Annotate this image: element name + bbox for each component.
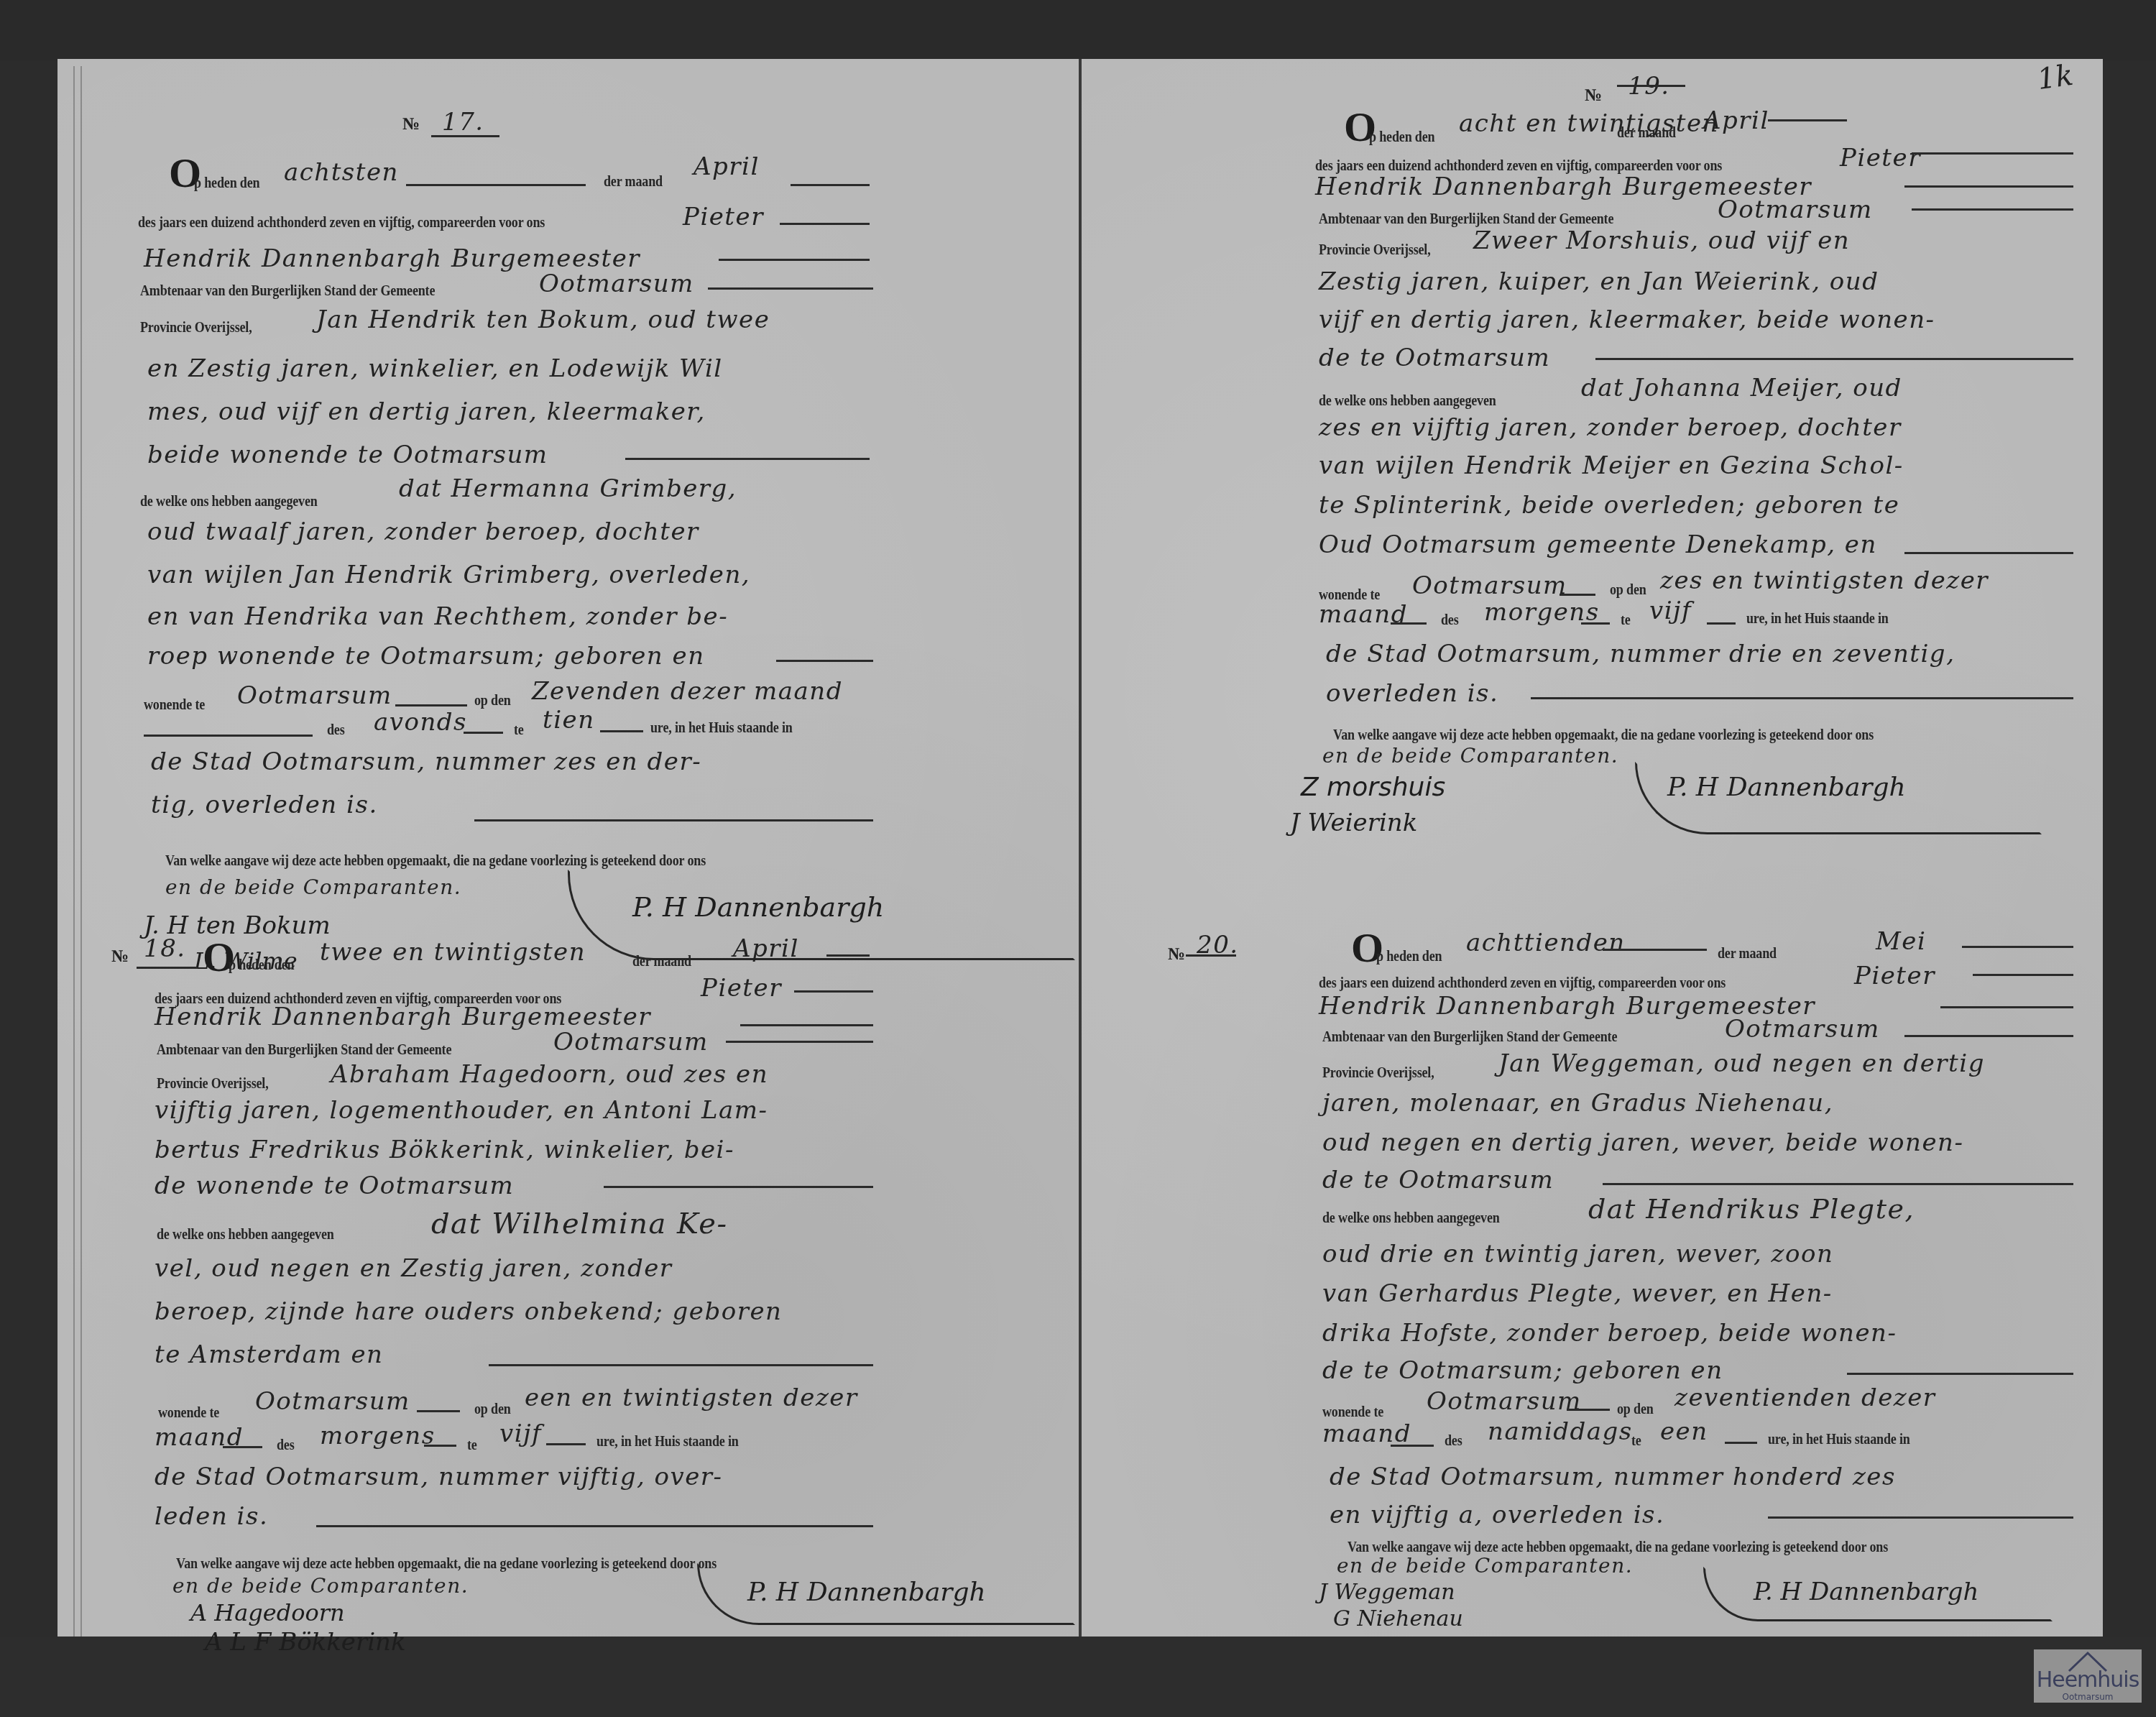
field-line — [625, 458, 870, 460]
field-line — [1581, 622, 1610, 625]
declaration-line: dat Hendrikus Plegte, — [1588, 1193, 1915, 1225]
declaration-line: dat Johanna Meijer, oud — [1581, 374, 1902, 402]
field-op-den: zeventienden dezer — [1674, 1384, 1936, 1412]
field-line — [1768, 1516, 2073, 1519]
comparant-line: vijf en dertig jaren, kleermaker, beide … — [1319, 305, 1935, 334]
signature-comparant: A Hagedoorn — [190, 1599, 345, 1626]
field-line — [1595, 358, 2073, 360]
field-maand: maand — [1319, 600, 1408, 629]
label-wonende-te: wonende te — [144, 696, 205, 714]
field-wonende: Ootmarsum — [255, 1387, 410, 1416]
field-gemeente: Ootmarsum — [1725, 1015, 1880, 1044]
field-dagdeel: namiddags — [1488, 1417, 1633, 1446]
field-line — [1912, 208, 2073, 211]
declaration-line: van wijlen Jan Hendrik Grimberg, overled… — [147, 561, 750, 589]
underline — [1617, 85, 1685, 87]
scanner-background-top — [0, 0, 2156, 60]
signature-flourish — [697, 1563, 1075, 1625]
field-month: April — [733, 934, 799, 963]
label-op-den: op den — [1617, 1400, 1654, 1418]
field-line — [776, 660, 873, 662]
field-maand: maand — [1322, 1419, 1411, 1448]
label-te: te — [467, 1436, 477, 1454]
place-line: de Stad Ootmarsum, nummer honderd zes — [1330, 1463, 1896, 1491]
act-number-label: № — [1585, 86, 1602, 106]
label-des-jaars: des jaars een duizend achthonderd zeven … — [1319, 974, 1726, 992]
label-ambtenaar: Ambtenaar van den Burgerlijken Stand der… — [1322, 1028, 1617, 1046]
signature-flourish — [568, 870, 1075, 960]
field-line — [826, 954, 870, 957]
place-line: de Stad Ootmarsum, nummer zes en der- — [151, 747, 701, 776]
field-line — [1603, 1183, 2073, 1185]
underline — [1186, 954, 1236, 957]
field-line — [1962, 946, 2073, 948]
field-line — [1391, 622, 1427, 625]
declaration-line: vel, oud negen en Zestig jaren, zonder — [155, 1254, 673, 1283]
field-wonende: Ootmarsum — [1412, 571, 1567, 600]
heemhuis-watermark: Heemhuis Ootmarsum — [2034, 1649, 2142, 1703]
field-op-den: zes en twintigsten dezer — [1660, 566, 1989, 595]
closing-text: en de beide Comparanten. — [1322, 744, 1618, 768]
field-line — [406, 184, 586, 186]
field-wonende: Ootmarsum — [1427, 1387, 1582, 1416]
book-spine — [1079, 59, 1082, 1637]
label-van-welke: Van welke aangave wij deze acte hebben o… — [1333, 726, 1874, 744]
field-op-den: Zevenden dezer maand — [532, 677, 843, 706]
field-line — [1904, 552, 2073, 554]
field-line — [144, 735, 313, 737]
field-line — [474, 819, 873, 821]
field-line — [1603, 949, 1707, 951]
field-month: Mei — [1876, 927, 1926, 956]
declaration-line: dat Wilhelmina Ke- — [431, 1207, 728, 1240]
signature-comparant: Z morshuis — [1301, 773, 1445, 802]
declaration-line: roep wonende te Ootmarsum; geboren en — [147, 642, 705, 671]
field-official-1: Pieter — [701, 974, 782, 1003]
field-day: acht en twintigsten — [1459, 109, 1719, 138]
comparant-line: de te Ootmarsum — [1322, 1166, 1554, 1194]
comparant-line: bertus Fredrikus Bökkerink, winkelier, b… — [155, 1136, 734, 1164]
label-op-heden-den: p heden den — [229, 956, 294, 974]
comparant-line: en Zestig jaren, winkelier, en Lodewijk … — [147, 354, 723, 383]
field-line — [1567, 1409, 1610, 1411]
label-des: des — [277, 1436, 295, 1454]
label-provincie: Provincie Overijssel, — [1319, 241, 1431, 259]
label-des: des — [1445, 1432, 1462, 1450]
field-line — [1940, 1006, 2073, 1008]
label-ure: ure, in het Huis staande in — [1768, 1430, 1910, 1448]
field-line — [1391, 1445, 1434, 1447]
field-line — [424, 1445, 456, 1447]
label-provincie: Provincie Overijssel, — [1322, 1064, 1434, 1082]
label-wonende-te: wonende te — [158, 1404, 219, 1422]
declaration-line: drika Hofste, zonder beroep, beide wonen… — [1322, 1319, 1897, 1348]
comparant-line: de wonende te Ootmarsum — [155, 1171, 514, 1200]
field-official-2: Hendrik Dannenbargh Burgemeester — [144, 244, 640, 273]
label-te: te — [514, 721, 524, 739]
field-line — [316, 1525, 873, 1527]
label-de-welke: de welke ons hebben aangegeven — [140, 492, 318, 510]
closing-text: en de beide Comparanten. — [172, 1574, 469, 1598]
field-line — [600, 730, 643, 732]
place-line: leden is. — [155, 1502, 268, 1531]
field-op-den: een en twintigsten dezer — [525, 1384, 858, 1412]
label-te: te — [1621, 611, 1631, 629]
field-line — [1725, 1442, 1757, 1444]
comparant-line: beide wonende te Ootmarsum — [147, 441, 548, 469]
declaration-line: beroep, zijnde hare ouders onbekend; geb… — [155, 1297, 782, 1326]
declaration-line: te Amsterdam en — [155, 1340, 383, 1369]
field-line — [1531, 697, 2073, 699]
field-line — [395, 704, 467, 706]
field-uur: vijf — [1649, 597, 1692, 625]
comparant-line: oud negen en dertig jaren, wever, beide … — [1322, 1128, 1963, 1157]
comparant-line: Zestig jaren, kuiper, en Jan Weierink, o… — [1319, 267, 1879, 296]
field-day: twee en twintigsten — [320, 938, 586, 967]
signature-comparant: J Weierink — [1290, 809, 1417, 837]
comparant-line: Zweer Morshuis, oud vijf en — [1473, 226, 1850, 255]
comparant-line: de te Ootmarsum — [1319, 344, 1550, 372]
field-line — [708, 287, 873, 290]
closing-text: en de beide Comparanten. — [1337, 1554, 1633, 1578]
comparant-line: mes, oud vijf en dertig jaren, kleermake… — [147, 397, 706, 426]
declaration-line: van wijlen Hendrik Meijer en Gezina Scho… — [1319, 451, 1904, 480]
field-official-1: Pieter — [1854, 962, 1935, 990]
declaration-line: en van Hendrika van Rechthem, zonder be- — [147, 602, 728, 631]
label-ambtenaar: Ambtenaar van den Burgerlijken Stand der… — [157, 1041, 451, 1059]
label-der-maand: der maand — [1617, 124, 1676, 142]
act-number: 18. — [144, 934, 186, 963]
label-des: des — [327, 721, 345, 739]
declaration-line: van Gerhardus Plegte, wever, en Hen- — [1322, 1279, 1833, 1308]
field-line — [1973, 974, 2073, 976]
field-line — [546, 1443, 586, 1445]
signature-comparant: J Weggeman — [1319, 1580, 1455, 1605]
label-op-heden-den: p heden den — [1376, 947, 1442, 965]
field-line — [604, 1186, 873, 1188]
closing-text: en de beide Comparanten. — [165, 875, 461, 899]
field-gemeente: Ootmarsum — [553, 1028, 709, 1057]
declaration-line: de te Ootmarsum; geboren en — [1322, 1356, 1723, 1385]
field-uur: tien — [543, 706, 595, 735]
label-des-jaars: des jaars een duizend achthonderd zeven … — [138, 213, 545, 231]
label-op-heden-den: p heden den — [1369, 128, 1434, 146]
field-line — [1904, 185, 2073, 188]
field-wonende: Ootmarsum — [237, 681, 392, 710]
declaration-line: te Splinterink, beide overleden; geboren… — [1319, 491, 1899, 520]
place-line: overleden is. — [1326, 679, 1498, 708]
field-gemeente: Ootmarsum — [539, 270, 694, 298]
field-line — [489, 1364, 873, 1366]
field-day: achtsten — [284, 158, 399, 187]
place-line: en vijftig a, overleden is. — [1330, 1501, 1664, 1529]
label-der-maand: der maand — [632, 952, 691, 970]
declaration-line: Oud Ootmarsum gemeente Denekamp, en — [1319, 530, 1877, 559]
label-wonende-te: wonende te — [1322, 1403, 1383, 1421]
place-line: de Stad Ootmarsum, nummer vijftig, over- — [155, 1463, 723, 1491]
field-uur: vijf — [499, 1419, 542, 1448]
act-number-label: № — [1168, 945, 1185, 965]
label-op-den: op den — [474, 691, 511, 709]
declaration-line: oud twaalf jaren, zonder beroep, dochter — [147, 517, 699, 546]
label-der-maand: der maand — [604, 172, 663, 190]
field-month: April — [1703, 106, 1769, 135]
label-ure: ure, in het Huis staande in — [1746, 609, 1889, 627]
underline — [137, 967, 198, 969]
field-dagdeel: morgens — [320, 1422, 436, 1450]
place-line: tig, overleden is. — [151, 791, 378, 819]
field-month: April — [694, 152, 760, 181]
declaration-line: zes en vijftig jaren, zonder beroep, doc… — [1319, 413, 1902, 442]
field-line — [791, 184, 870, 186]
field-line — [719, 259, 870, 261]
label-de-welke: de welke ons hebben aangegeven — [157, 1225, 334, 1243]
field-line — [1904, 1035, 2073, 1037]
field-line — [1560, 594, 1595, 596]
field-uur: een — [1660, 1417, 1708, 1446]
signature-flourish — [1703, 1567, 2053, 1621]
field-official-1: Pieter — [1840, 144, 1921, 172]
folio-number: 1k — [2035, 59, 2076, 96]
label-van-welke: Van welke aangave wij deze acte hebben o… — [176, 1555, 717, 1573]
field-gemeente: Ootmarsum — [1718, 195, 1873, 224]
label-op-heden-den: p heden den — [194, 174, 259, 192]
comparant-line: Abraham Hagedoorn, oud zes en — [331, 1060, 768, 1089]
label-de-welke: de welke ons hebben aangegeven — [1322, 1209, 1500, 1227]
comparant-line: Jan Weggeman, oud negen en dertig — [1498, 1049, 1985, 1078]
label-op-den: op den — [1610, 581, 1646, 599]
field-line — [740, 1024, 873, 1026]
field-line — [794, 990, 873, 993]
act-number-label: № — [402, 115, 420, 134]
place-line: de Stad Ootmarsum, nummer drie en zevent… — [1326, 640, 1955, 668]
label-provincie: Provincie Overijssel, — [157, 1074, 269, 1092]
label-ambtenaar: Ambtenaar van den Burgerlijken Stand der… — [140, 282, 435, 300]
label-de-welke: de welke ons hebben aangegeven — [1319, 392, 1496, 410]
label-des: des — [1441, 611, 1459, 629]
label-der-maand: der maand — [1718, 944, 1777, 962]
act-number: 17. — [442, 108, 484, 137]
signature-comparant: A L F Bökkerink — [205, 1628, 406, 1657]
label-van-welke: Van welke aangave wij deze acte hebben o… — [165, 852, 706, 870]
label-te: te — [1631, 1432, 1641, 1450]
declaration-line: dat Hermanna Grimberg, — [399, 474, 737, 503]
watermark-title: Heemhuis — [2034, 1670, 2142, 1691]
act-number-label: № — [111, 947, 129, 967]
comparant-line: Jan Hendrik ten Bokum, oud twee — [316, 305, 770, 334]
field-line — [780, 223, 870, 225]
declaration-line: oud drie en twintig jaren, wever, zoon — [1322, 1240, 1833, 1269]
field-line — [464, 732, 503, 734]
field-day: achttienden — [1466, 929, 1626, 957]
field-official-2: Hendrik Dannenbargh Burgemeester — [155, 1003, 651, 1031]
field-line — [223, 1446, 262, 1448]
field-line — [1912, 152, 2073, 155]
field-line — [417, 1410, 460, 1412]
comparant-line: vijftig jaren, logementhouder, en Antoni… — [155, 1096, 768, 1125]
underline — [431, 135, 499, 137]
field-line — [726, 1041, 873, 1043]
comparant-line: jaren, molenaar, en Gradus Niehenau, — [1322, 1089, 1833, 1118]
watermark-subtitle: Ootmarsum — [2034, 1693, 2142, 1701]
label-ure: ure, in het Huis staande in — [650, 719, 793, 737]
label-op-den: op den — [474, 1400, 511, 1418]
label-provincie: Provincie Overijssel, — [140, 318, 252, 336]
signature-flourish — [1635, 762, 2042, 834]
label-ambtenaar: Ambtenaar van den Burgerlijken Stand der… — [1319, 210, 1613, 228]
field-dagdeel: avonds — [374, 708, 467, 737]
label-ure: ure, in het Huis staande in — [596, 1432, 739, 1450]
signature-comparant: G Niehenau — [1333, 1606, 1463, 1631]
field-official-1: Pieter — [683, 203, 764, 231]
field-line — [1847, 1373, 2073, 1375]
field-line — [1707, 622, 1736, 625]
field-line — [1768, 119, 1847, 121]
